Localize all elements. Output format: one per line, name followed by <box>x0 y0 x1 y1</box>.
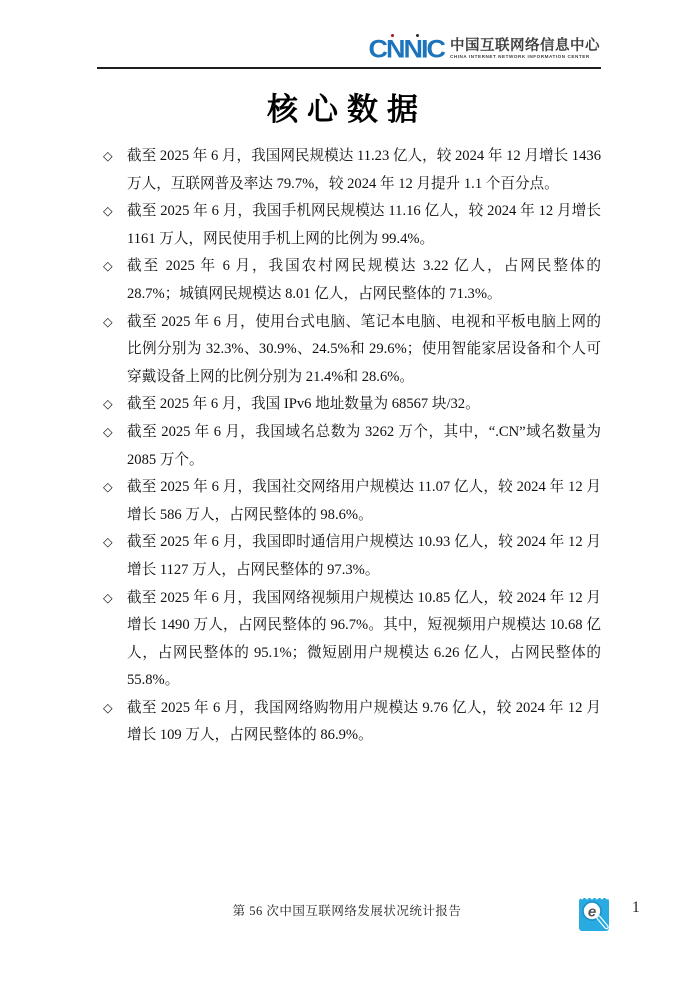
list-item: ◇截至 2025 年 6 月，我国域名总数为 3262 万个，其中，“.CN”域… <box>97 419 601 474</box>
bullet-text: 截至 2025 年 6 月，我国 IPv6 地址数量为 68567 块/32。 <box>127 396 480 412</box>
bullet-text: 截至 2025 年 6 月，我国网民规模达 11.23 亿人，较 2024 年 … <box>127 148 601 192</box>
report-stamp-magnifier-icon: e <box>578 896 612 933</box>
cnnic-logo: CNNIC 中国互联网络信息中心 CHINA INTERNET NETWORK … <box>369 36 601 63</box>
org-name-chinese: 中国互联网络信息中心 <box>450 39 600 54</box>
bullet-text: 截至 2025 年 6 月，我国域名总数为 3262 万个，其中，“.CN”域名… <box>127 424 601 468</box>
diamond-bullet-icon: ◇ <box>103 198 113 226</box>
bullet-text: 截至 2025 年 6 月，使用台式电脑、笔记本电脑、电视和平板电脑上网的比例分… <box>127 314 601 385</box>
org-name-english: CHINA INTERNET NETWORK INFORMATION CENTE… <box>450 55 600 60</box>
diamond-bullet-icon: ◇ <box>103 309 113 337</box>
bullet-text: 截至 2025 年 6 月，我国农村网民规模达 3.22 亿人，占网民整体的 2… <box>127 258 601 302</box>
list-item: ◇截至 2025 年 6 月，我国网络购物用户规模达 9.76 亿人，较 202… <box>97 695 601 750</box>
list-item: ◇截至 2025 年 6 月，我国网络视频用户规模达 10.85 亿人，较 20… <box>97 585 601 695</box>
org-names: 中国互联网络信息中心 CHINA INTERNET NETWORK INFORM… <box>450 39 600 60</box>
page-number: 1 <box>632 899 640 917</box>
logo-dark-dot-icon <box>416 34 419 37</box>
diamond-bullet-icon: ◇ <box>103 143 113 171</box>
bullet-text: 截至 2025 年 6 月，我国即时通信用户规模达 10.93 亿人，较 202… <box>127 534 601 578</box>
diamond-bullet-icon: ◇ <box>103 391 113 419</box>
list-item: ◇截至 2025 年 6 月，我国手机网民规模达 11.16 亿人，较 2024… <box>97 198 601 253</box>
page-title: 核心数据 <box>0 84 694 129</box>
diamond-bullet-icon: ◇ <box>103 695 113 723</box>
cnnic-logo-acronym: CNNIC <box>369 37 445 62</box>
diamond-bullet-icon: ◇ <box>103 529 113 557</box>
diamond-bullet-icon: ◇ <box>103 585 113 613</box>
list-item: ◇截至 2025 年 6 月，我国社交网络用户规模达 11.07 亿人，较 20… <box>97 474 601 529</box>
diamond-bullet-icon: ◇ <box>103 419 113 447</box>
diamond-bullet-icon: ◇ <box>103 253 113 281</box>
bullet-text: 截至 2025 年 6 月，我国手机网民规模达 11.16 亿人，较 2024 … <box>127 203 601 247</box>
diamond-bullet-icon: ◇ <box>103 474 113 502</box>
bullet-text: 截至 2025 年 6 月，我国社交网络用户规模达 11.07 亿人，较 202… <box>127 479 601 523</box>
svg-text:e: e <box>588 904 596 921</box>
list-item: ◇截至 2025 年 6 月，我国农村网民规模达 3.22 亿人，占网民整体的 … <box>97 253 601 308</box>
bullet-text: 截至 2025 年 6 月，我国网络购物用户规模达 9.76 亿人，较 2024… <box>127 700 601 744</box>
header-divider <box>97 67 601 69</box>
logo-red-dot-icon <box>391 34 394 37</box>
list-item: ◇截至 2025 年 6 月，我国即时通信用户规模达 10.93 亿人，较 20… <box>97 529 601 584</box>
list-item: ◇截至 2025 年 6 月，我国网民规模达 11.23 亿人，较 2024 年… <box>97 143 601 198</box>
bullet-text: 截至 2025 年 6 月，我国网络视频用户规模达 10.85 亿人，较 202… <box>127 590 601 689</box>
core-data-list: ◇截至 2025 年 6 月，我国网民规模达 11.23 亿人，较 2024 年… <box>97 143 601 750</box>
list-item: ◇截至 2025 年 6 月，使用台式电脑、笔记本电脑、电视和平板电脑上网的比例… <box>97 309 601 392</box>
list-item: ◇截至 2025 年 6 月，我国 IPv6 地址数量为 68567 块/32。 <box>97 391 601 419</box>
